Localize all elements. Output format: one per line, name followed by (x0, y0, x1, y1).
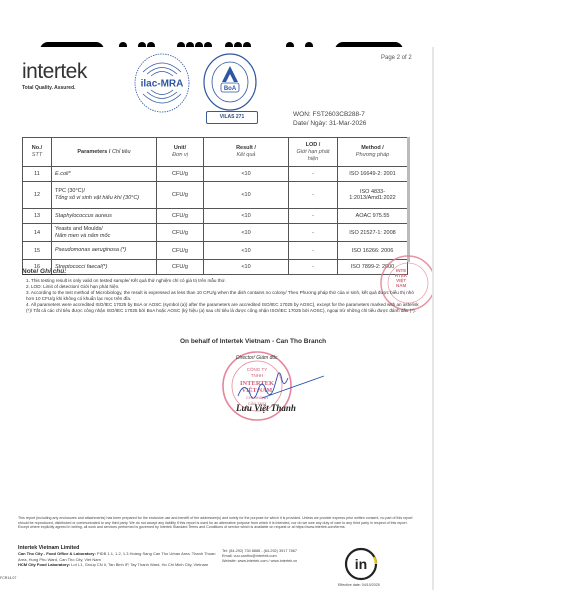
table-row: 13 Staphylococcus aureus CFU/g <10 - AOA… (23, 209, 408, 224)
note-item: 3. According to the test method of Micro… (26, 290, 422, 302)
svg-text:in: in (355, 556, 367, 572)
won-label: WON: (293, 111, 311, 118)
won-value: FST2603CB288-7 (313, 111, 365, 118)
table-row: 12 TPC (30°C)/Tổng số vi sinh vật hiếu k… (23, 182, 408, 209)
notes-section: Note/ Ghi chú: 1. This testing result is… (22, 269, 422, 314)
col-lod: LOD /Giới hạn phát hiện (289, 138, 338, 167)
col-no: No./STT (23, 138, 52, 167)
table-row: 11 E.coli* CFU/g <10 - ISO 16649-2: 2001 (23, 167, 408, 182)
svg-text:ilac-MRA: ilac-MRA (141, 79, 184, 90)
table-row: 15 Pseudomonas aeruginosa (*) CFU/g <10 … (23, 242, 408, 260)
form-code: FCR14.07 (0, 576, 16, 580)
table-shadow (407, 137, 410, 262)
report-page (0, 47, 434, 590)
disclaimer-text: This report (including any enclosures an… (18, 516, 418, 530)
logo-wordmark: intertek (22, 60, 87, 84)
date-label: Date/ Ngày: (293, 120, 327, 127)
vilas-badge: VILAS 271 (206, 111, 258, 124)
svg-text:BoA: BoA (224, 86, 237, 92)
effective-date: Effective date: 04/10/2025 (338, 583, 380, 587)
col-method: Method /Phương pháp (338, 138, 408, 167)
ilac-mra-icon: ilac-MRA (133, 52, 191, 114)
table-header-row: No./STT Parameters / Chỉ tiêu Unit/Đơn v… (23, 138, 408, 167)
col-unit: Unit/Đơn vị (157, 138, 204, 167)
col-parameters: Parameters / Chỉ tiêu (52, 138, 157, 167)
intertek-in-logo-icon: in (344, 547, 378, 581)
on-behalf-label: On behalf of Intertek Vietnam - Can Tho … (180, 338, 326, 345)
work-order-info: WON: FST2603CB288-7 Date/ Ngày: 31-Mar-2… (293, 110, 366, 128)
intertek-logo: intertek Total Quality. Assured. (22, 60, 87, 91)
boa-accreditation-icon: BoA (202, 52, 258, 112)
results-table: No./STT Parameters / Chỉ tiêu Unit/Đơn v… (22, 137, 408, 275)
notes-title: Note/ Ghi chú: (22, 269, 422, 275)
date-value: 31-Mar-2026 (329, 120, 366, 127)
company-info: Intertek Vietnam Limited Can Tho City - … (18, 546, 218, 567)
contact-info: Tel: (84-292) 730 8888 - (84-292) 3917 7… (222, 549, 342, 564)
note-item: 4. All parameters were accredited ISO/IE… (26, 302, 422, 314)
logo-tagline: Total Quality. Assured. (22, 85, 87, 91)
table-row: 14 Yeasts and Moulds/Nấm men và nấm mốc … (23, 224, 408, 242)
hcm-address: HCM City Food Laboratory: Lot I-1, Group… (18, 562, 218, 567)
website[interactable]: Website: www.intertek.com / www.intertek… (222, 559, 342, 564)
col-result: Result /Kết quả (204, 138, 289, 167)
page-number: Page 2 of 2 (381, 55, 412, 61)
signatory-name: Lưu Việt Thanh (236, 403, 296, 413)
can-tho-address: Can Tho City - Food Office & Laboratory:… (18, 551, 218, 562)
